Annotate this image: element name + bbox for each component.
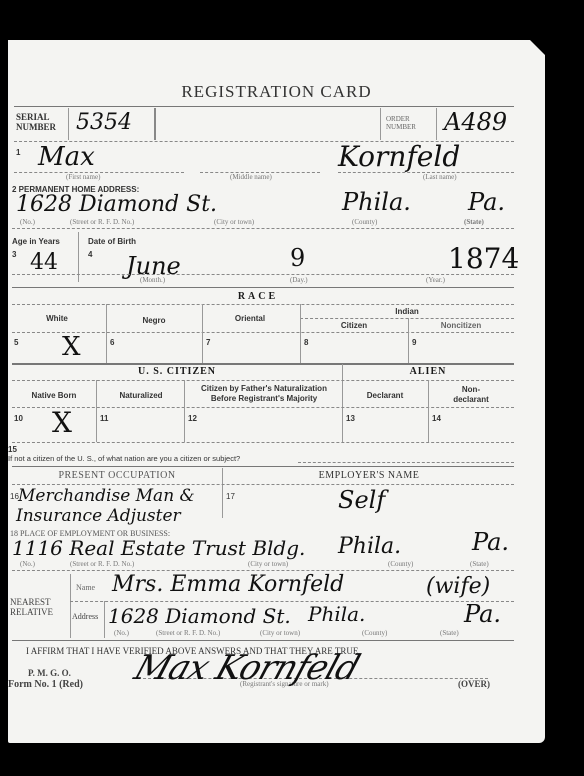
divider: [12, 287, 514, 288]
employer-heading: EMPLOYER'S NAME: [224, 470, 514, 481]
native-born-label: Native Born: [12, 391, 96, 400]
divider: [12, 363, 514, 365]
field-number: 5: [14, 338, 18, 347]
address-county: Phila.: [342, 188, 411, 216]
caption-no: (No.): [114, 629, 129, 637]
relative-name: Mrs. Emma Kornfeld: [112, 572, 344, 597]
field-number: 14: [432, 414, 441, 423]
serial-label: SERIAL: [16, 112, 50, 122]
caption-state: (State): [440, 629, 459, 637]
native-born-mark: X: [52, 406, 72, 439]
over-label: (OVER): [458, 679, 490, 689]
nondeclarant-label: Non-: [428, 385, 514, 394]
caption-month: (Month.): [140, 276, 165, 284]
divider: [12, 484, 514, 485]
order-number: A489: [444, 108, 507, 136]
occupation-heading: PRESENT OCCUPATION: [12, 470, 222, 481]
first-name: Max: [38, 142, 95, 172]
caption-street: (Street or R. F. D. No.): [156, 629, 220, 637]
field-number: 15: [8, 445, 17, 454]
divider: [408, 318, 409, 364]
divider: [12, 304, 514, 305]
employer-name: Self: [338, 486, 385, 514]
relative-label-2: RELATIVE: [10, 607, 53, 617]
divider: [12, 228, 514, 229]
last-name: Kornfeld: [338, 140, 460, 173]
order-label: ORDER: [386, 115, 410, 123]
caption-city: (City or town): [260, 629, 300, 637]
employment-city: Phila.: [338, 534, 401, 559]
address-street: 1628 Diamond St.: [16, 192, 217, 217]
divider: [12, 274, 514, 275]
divider: [96, 380, 97, 442]
field-number: 3: [12, 250, 16, 259]
nation-question: If not a citizen of the U. S., of what n…: [8, 454, 240, 463]
caption-year: (Year.): [426, 276, 445, 284]
race-negro-label: Negro: [108, 316, 200, 325]
caption-county: (County): [388, 560, 413, 568]
divider: [154, 108, 156, 140]
divider: [106, 304, 107, 364]
employment-street: 1116 Real Estate Trust Bldg.: [12, 536, 305, 560]
order-label-2: NUMBER: [386, 123, 416, 131]
address-state: Pa.: [468, 188, 505, 216]
race-indian-label: Indian: [300, 307, 514, 316]
divider: [70, 601, 514, 602]
divider: [12, 570, 514, 571]
caption-no: (No.): [20, 218, 35, 226]
relative-label: NEAREST: [10, 597, 51, 607]
age-label: Age in Years: [12, 237, 60, 246]
divider: [70, 574, 71, 638]
relative-name-label: Name: [76, 583, 95, 592]
divider: [300, 304, 301, 364]
divider: [202, 304, 203, 364]
father-naturalization-label-2: Before Registrant's Majority: [186, 394, 342, 403]
serial-label-2: NUMBER: [16, 122, 56, 132]
field-number: 13: [346, 414, 355, 423]
dob-label: Date of Birth: [88, 237, 136, 246]
relative-state: Pa.: [464, 600, 501, 628]
race-heading: RACE: [8, 291, 508, 302]
caption-first: (First name): [66, 173, 100, 181]
caption-city: (City or town): [248, 560, 288, 568]
caption-county: (County): [362, 629, 387, 637]
divider: [436, 108, 437, 140]
divider: [12, 640, 514, 641]
field-number: 1: [16, 148, 20, 157]
divider: [380, 108, 381, 140]
alien-heading: ALIEN: [342, 366, 514, 377]
employment-state: Pa.: [472, 528, 509, 556]
race-oriental-label: Oriental: [204, 314, 296, 323]
occupation-line2: Insurance Adjuster: [16, 506, 181, 526]
caption-county: (County): [352, 218, 377, 226]
relative-city: Phila.: [308, 602, 365, 626]
field-number: 9: [412, 338, 416, 347]
divider: [68, 108, 69, 140]
caption-day: (Day.): [290, 276, 308, 284]
form-number-label: Form No. 1 (Red): [8, 679, 83, 690]
divider: [300, 318, 514, 319]
dob-year: 1874: [448, 242, 519, 275]
race-indian-noncitizen-label: Noncitizen: [408, 321, 514, 330]
naturalized-label: Naturalized: [98, 391, 184, 400]
us-citizen-heading: U. S. CITIZEN: [12, 366, 342, 377]
caption-no: (No.): [20, 560, 35, 568]
divider: [104, 601, 105, 638]
relative-address-label: Address: [72, 612, 98, 621]
divider: [428, 380, 429, 442]
field-number: 12: [188, 414, 197, 423]
age-value: 44: [30, 250, 58, 275]
field-number: 8: [304, 338, 308, 347]
caption-last: (Last name): [423, 173, 457, 181]
divider: [12, 466, 514, 467]
divider: [222, 468, 223, 518]
caption-city: (City or town): [214, 218, 254, 226]
caption-state: (State): [470, 560, 489, 568]
divider: [12, 380, 514, 381]
divider: [12, 442, 514, 443]
relative-street: 1628 Diamond St.: [108, 604, 291, 628]
race-indian-citizen-label: Citizen: [300, 321, 408, 330]
divider: [12, 407, 514, 408]
caption-middle: (Middle name): [230, 173, 272, 181]
field-number: 7: [206, 338, 210, 347]
divider: [342, 364, 343, 442]
card-title: REGISTRATION CARD: [8, 82, 545, 102]
divider: [184, 380, 185, 442]
father-naturalization-label: Citizen by Father's Naturalization: [186, 384, 342, 393]
field-number: 4: [88, 250, 92, 259]
registration-card: REGISTRATION CARD SERIAL NUMBER 5354 ORD…: [8, 40, 545, 743]
caption-state: (State): [464, 218, 484, 226]
relative-relation: (wife): [426, 574, 490, 599]
occupation-line1: Merchandise Man &: [18, 486, 195, 506]
nondeclarant-label-2: declarant: [428, 395, 514, 404]
field-number: 11: [100, 414, 108, 423]
serial-number: 5354: [76, 110, 132, 135]
declarant-label: Declarant: [342, 391, 428, 400]
field-number: 6: [110, 338, 114, 347]
divider: [12, 332, 514, 333]
dob-day: 9: [290, 244, 305, 272]
caption-street: (Street or R. F. D. No.): [70, 218, 134, 226]
race-white-label: White: [12, 314, 102, 323]
pmgo-label: P. M. G. O.: [28, 668, 71, 678]
caption-street: (Street or R. F. D. No.): [70, 560, 134, 568]
field-number: 10: [14, 414, 23, 423]
divider: [298, 462, 514, 463]
race-white-mark: X: [62, 332, 81, 362]
divider: [14, 106, 514, 107]
registrant-signature: Max Kornfeld: [130, 648, 365, 688]
field-number: 17: [226, 492, 235, 501]
